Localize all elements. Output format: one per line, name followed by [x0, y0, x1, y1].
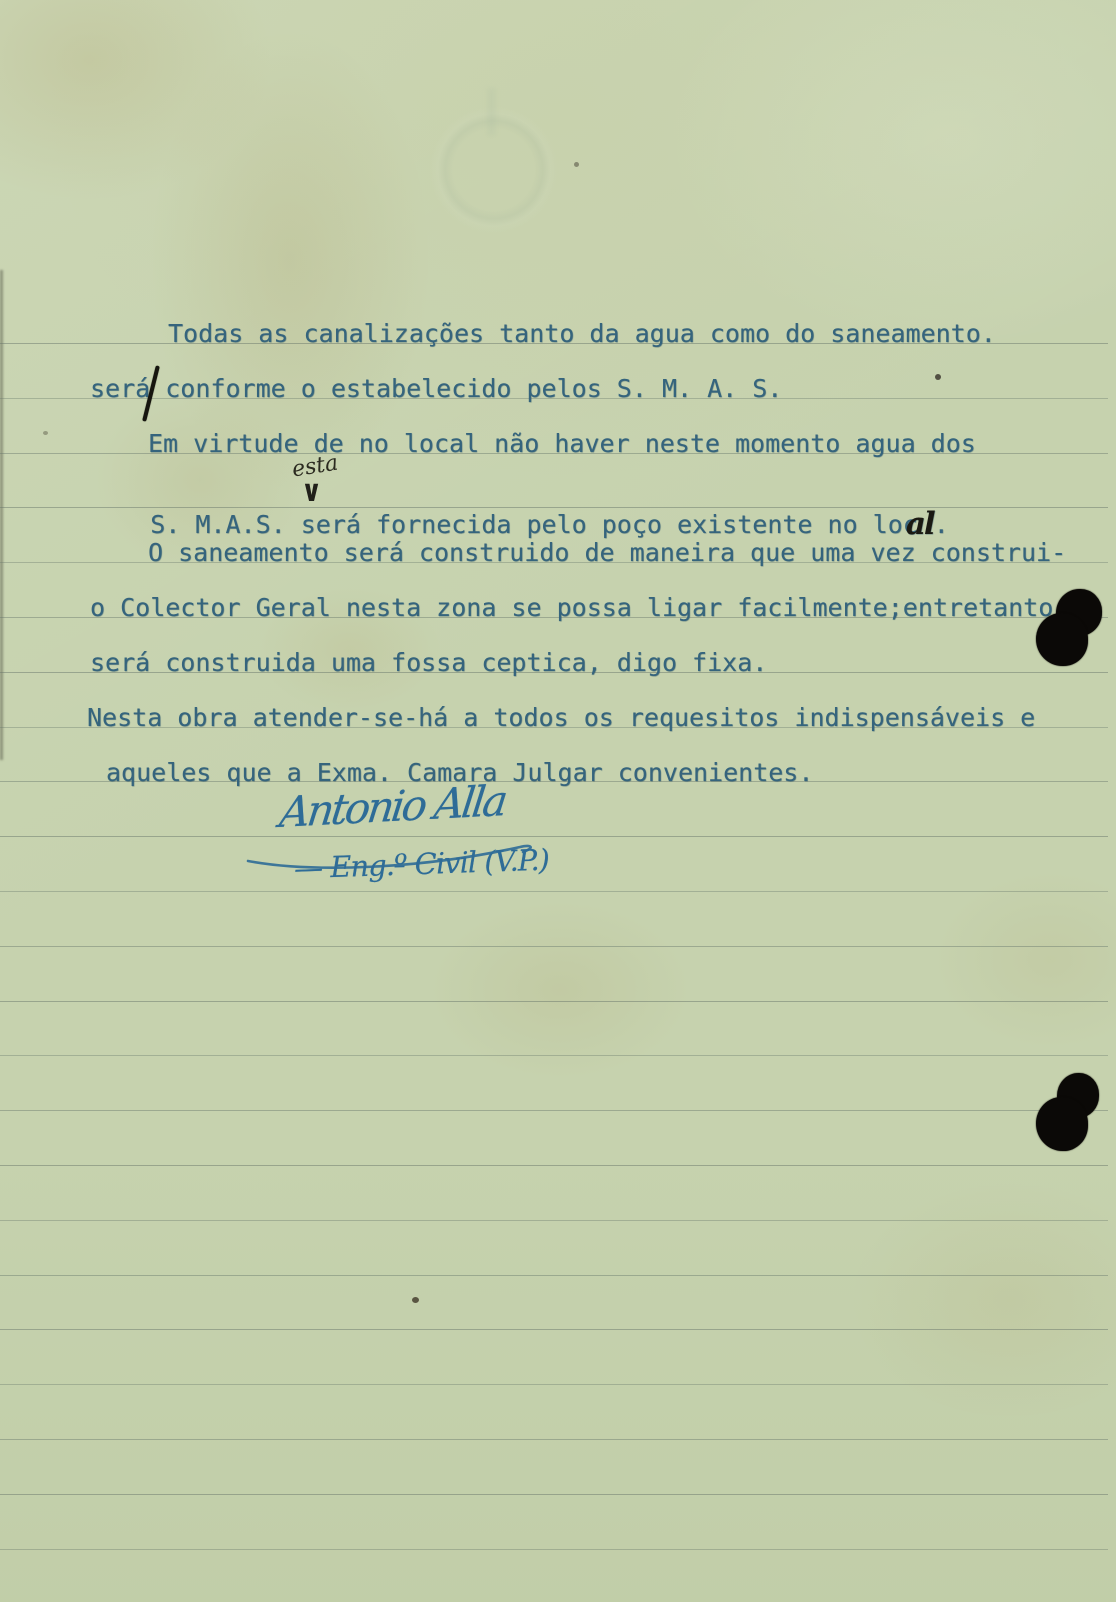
- stain-speck: [43, 431, 48, 435]
- ruled-line: [0, 1055, 1108, 1056]
- ruled-line: [0, 1220, 1108, 1221]
- ink-blot-upper-b: [1036, 613, 1088, 666]
- ruled-line: [0, 1275, 1108, 1276]
- typed-line-2: será conforme o estabelecido pelos S. M.…: [90, 376, 782, 401]
- ruled-line: [0, 891, 1108, 892]
- ink-speck: [935, 374, 941, 380]
- ink-speck: [412, 1297, 419, 1303]
- typed-line-1: Todas as canalizações tanto da agua como…: [168, 321, 996, 346]
- typed-line-7: será construida uma fossa ceptica, digo …: [90, 650, 767, 675]
- ruled-line: [0, 1165, 1108, 1166]
- typed-line-6: o Colector Geral nesta zona se possa lig…: [90, 595, 1053, 620]
- typed-line-5: O saneamento será construido de maneira …: [148, 540, 1066, 565]
- ruled-line: [0, 1001, 1108, 1002]
- caret-insertion-mark: ∨: [301, 475, 322, 510]
- typed-line-8: Nesta obra atender-se-há a todos os requ…: [87, 705, 1035, 730]
- ruled-line: [0, 1329, 1108, 1330]
- ruled-line: [0, 836, 1108, 837]
- typed-line-3: Em virtude de no local não haver neste m…: [148, 431, 976, 456]
- ruled-line: [0, 946, 1108, 947]
- paper-stains: [0, 0, 1116, 1602]
- ruled-line: [0, 1549, 1108, 1550]
- typed-line-4-segment-a: S. M.A.S. será: [150, 510, 361, 539]
- ruled-line: [0, 1384, 1108, 1385]
- typed-line-4-segment-b: fornecida pelo poço existente no loc: [361, 510, 918, 539]
- typed-line-4-segment-c: .: [934, 510, 949, 539]
- ink-speck: [574, 162, 579, 167]
- scanned-document-page: Todas as canalizações tanto da agua como…: [0, 0, 1116, 1602]
- embossed-seal-stem: [487, 88, 496, 136]
- handwritten-correction-al: al: [906, 506, 934, 542]
- ruled-line: [0, 1494, 1108, 1495]
- ruled-line: [0, 1110, 1108, 1111]
- ink-blot-lower-b: [1036, 1097, 1088, 1151]
- ruled-line: [0, 1439, 1108, 1440]
